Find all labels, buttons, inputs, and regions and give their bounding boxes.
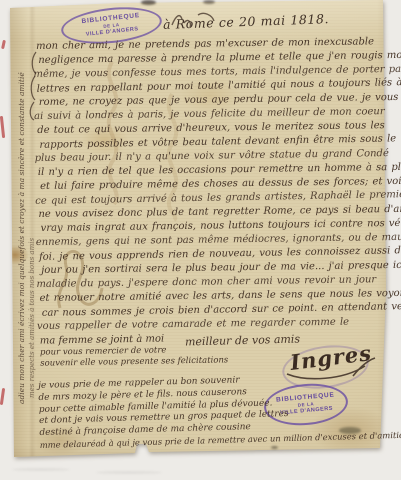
- stamp-text-line: VILLE D'ANGERS: [86, 26, 139, 38]
- postscript-block: je vous prie de me rappeler au bon souve…: [38, 371, 401, 452]
- scan-shadow: [96, 471, 162, 474]
- margin-note-vertical: mes respects et amitiés à tous nos bons …: [28, 238, 36, 398]
- margin-note-vertical: adieu mon cher ami écrivez moi quelquefo…: [17, 104, 26, 404]
- letter-body: mon cher ami, je ne pretends pas m'excus…: [36, 34, 401, 334]
- scan-shadow: [12, 468, 70, 471]
- scanned-letter-page: BIBLIOTHEQUE DE LA VILLE D'ANGERS à Rome…: [0, 0, 401, 480]
- ink-smudge: [271, 446, 278, 449]
- ink-smudge: [339, 427, 361, 434]
- ink-smudge: [141, 0, 156, 5]
- ink-smudge: [203, 0, 215, 4]
